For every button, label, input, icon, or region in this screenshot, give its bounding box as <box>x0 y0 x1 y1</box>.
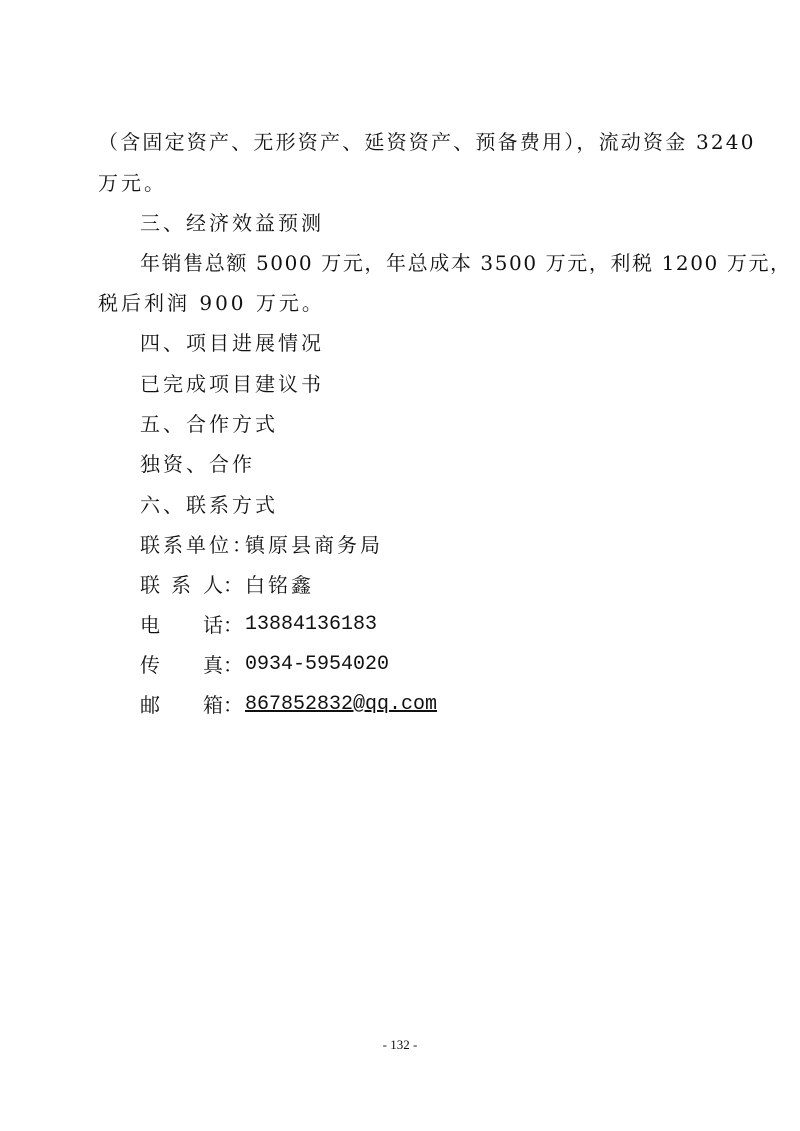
phone-label-1: 电 <box>140 613 160 637</box>
email-link[interactable]: 867852832@qq.com <box>245 693 437 717</box>
investment-text-cont: 万元。 <box>98 171 167 195</box>
section-heading-progress: 四、项目进展情况 <box>140 331 324 355</box>
page-number: - 132 - <box>0 1037 800 1053</box>
fax-value: 0934-5954020 <box>245 653 389 677</box>
phone-label-2: 话： <box>203 613 243 637</box>
fax-label-1: 传 <box>140 653 160 677</box>
contact-person-label-1: 联 <box>140 573 160 597</box>
section-heading-contact: 六、联系方式 <box>140 493 278 517</box>
cooperation-text: 独资、合作 <box>140 452 255 476</box>
contact-person-value: 白铭鑫 <box>245 573 314 597</box>
economic-text: 年销售总额 5000 万元，年总成本 3500 万元，利税 1200 万元， <box>140 251 792 275</box>
investment-text: （含固定资产、无形资产、延资资产、预备费用），流动资金 3240 <box>98 130 756 154</box>
contact-person-label-3: 人： <box>203 573 243 597</box>
email-label-2: 箱： <box>203 693 243 717</box>
contact-unit-value: 镇原县商务局 <box>245 533 383 557</box>
progress-text: 已完成项目建议书 <box>140 372 324 396</box>
contact-unit-label: 联系单位： <box>140 533 255 557</box>
email-label-1: 邮 <box>140 693 160 717</box>
economic-text-cont: 税后利润 900 万元。 <box>98 291 325 315</box>
phone-value: 13884136183 <box>245 613 377 637</box>
fax-label-2: 真： <box>203 653 243 677</box>
section-heading-economic: 三、经济效益预测 <box>140 211 324 235</box>
section-heading-cooperation: 五、合作方式 <box>140 412 278 436</box>
contact-person-label-2: 系 <box>171 573 191 597</box>
